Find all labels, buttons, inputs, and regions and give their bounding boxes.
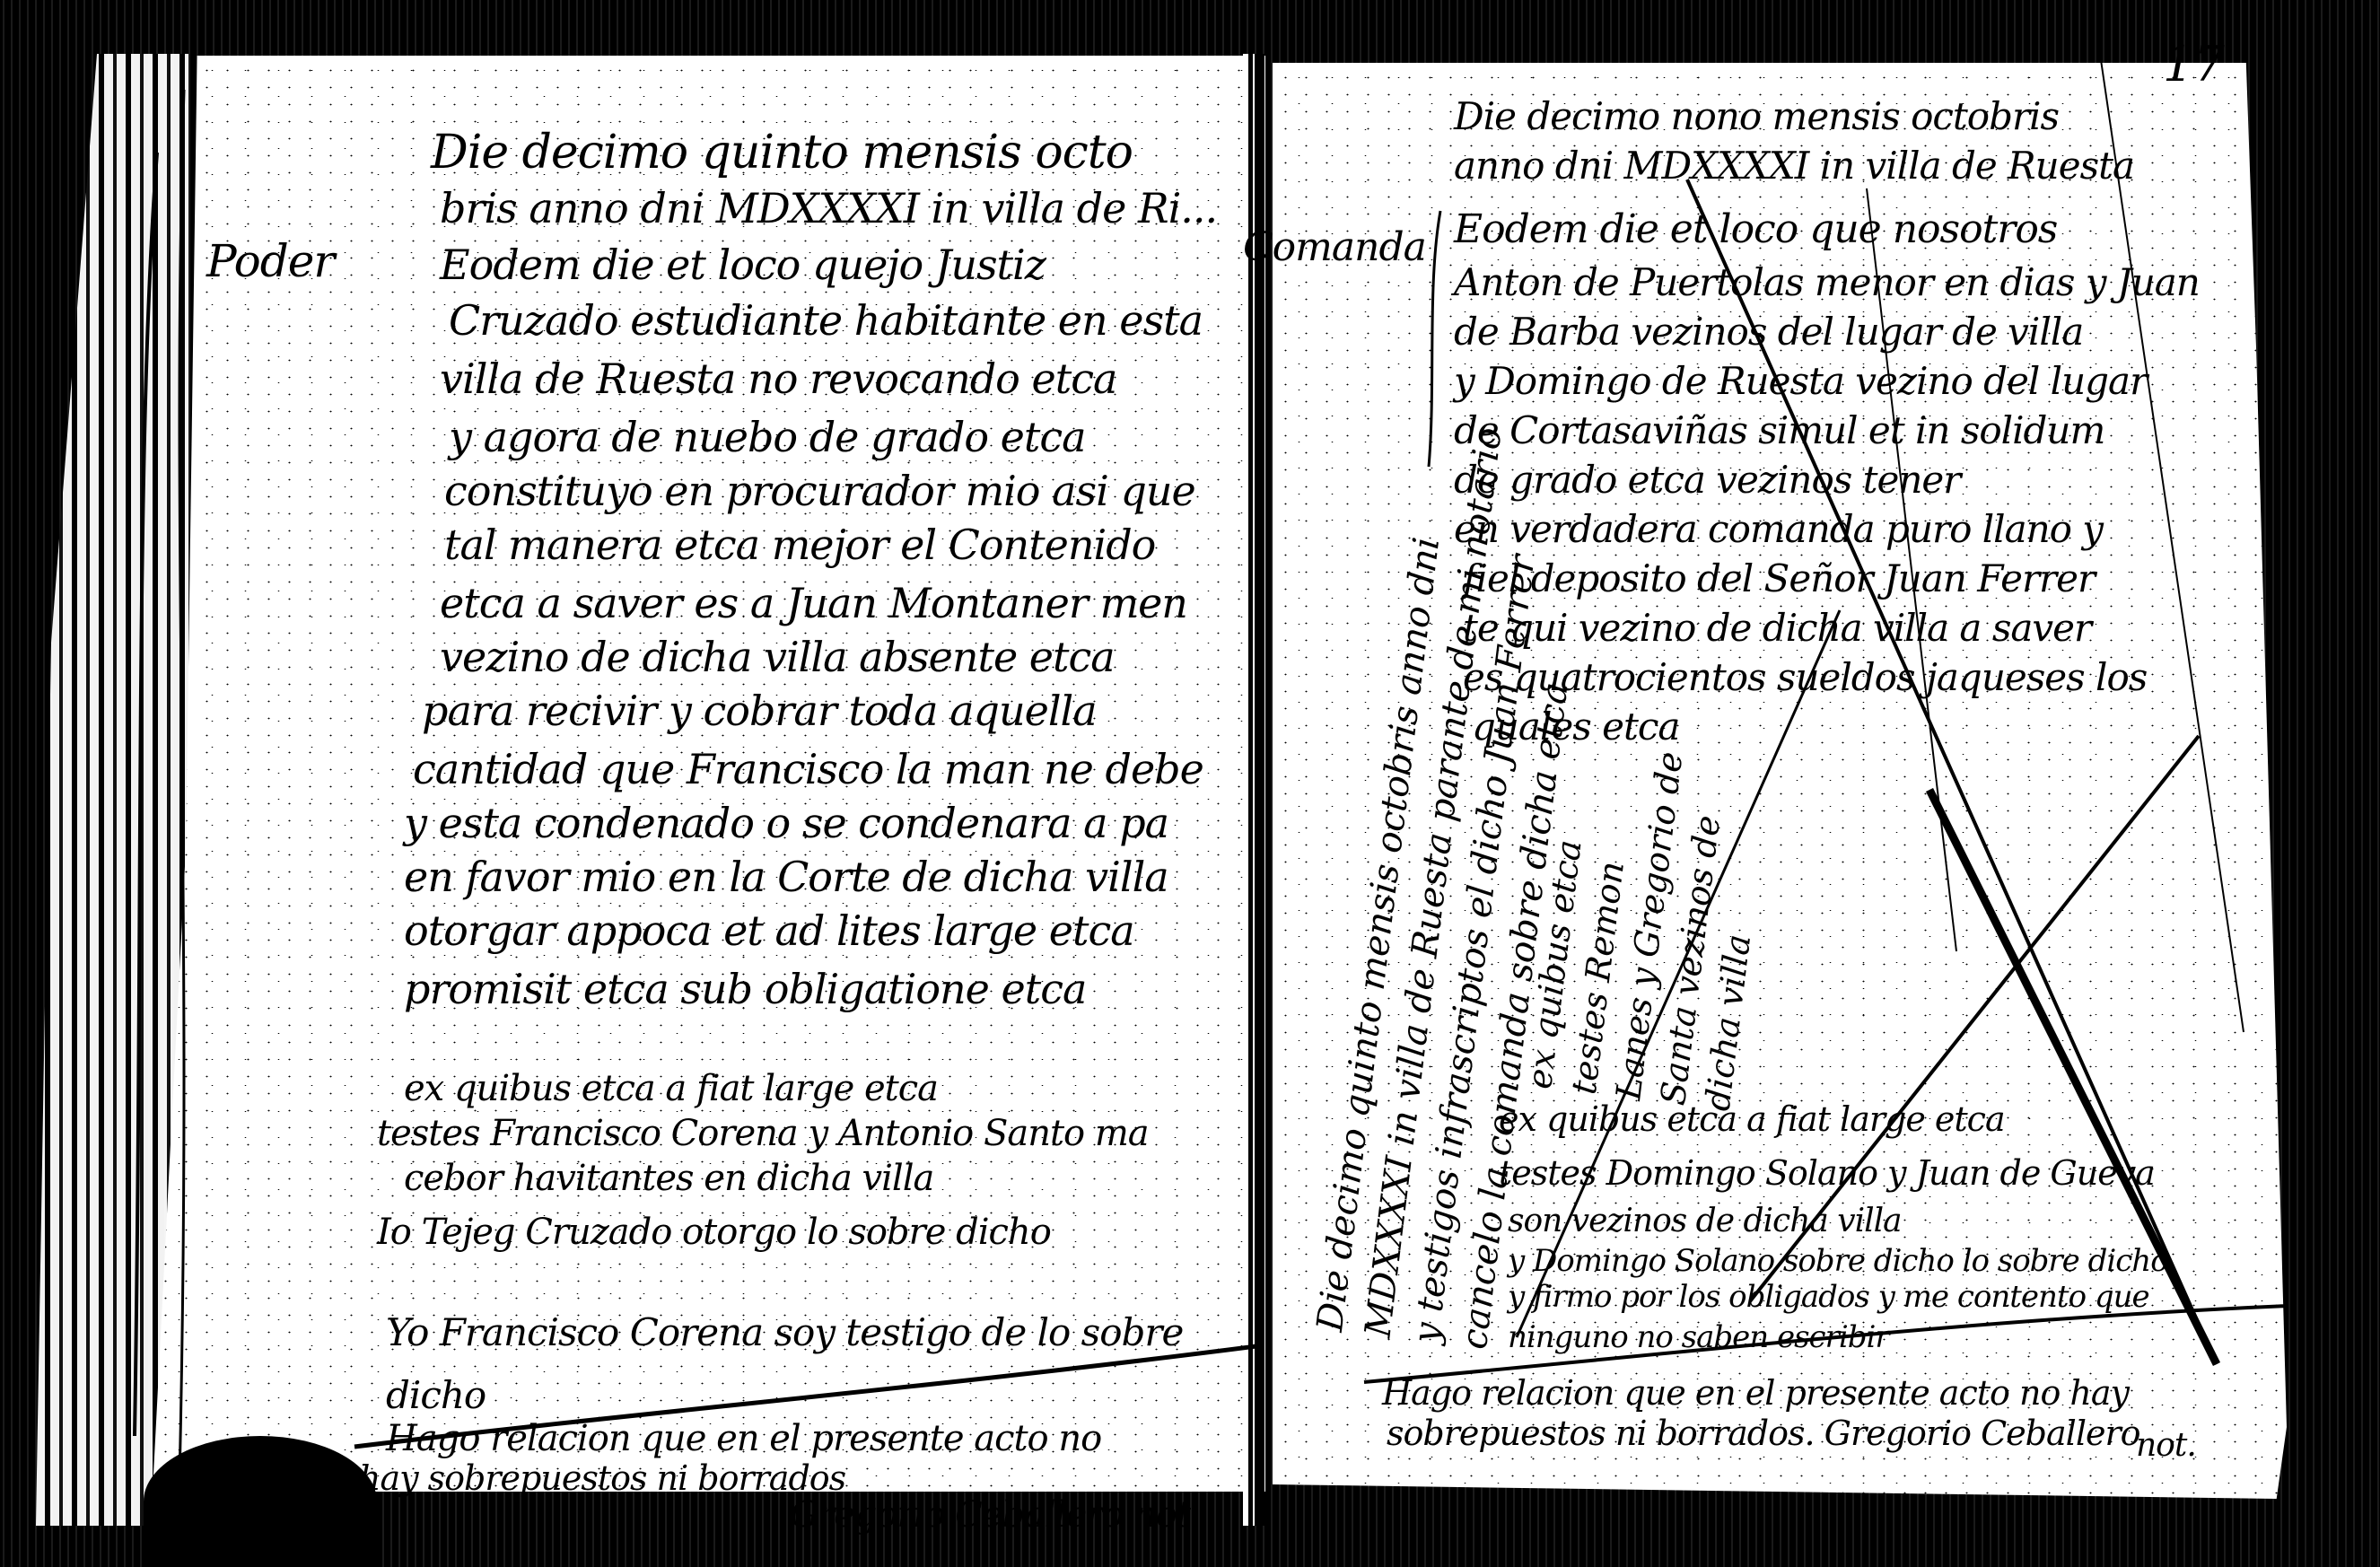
ink-blot-dark-corner bbox=[144, 1436, 377, 1567]
closing-rule-line bbox=[1364, 1306, 2288, 1382]
cancellation-stroke bbox=[1929, 790, 2217, 1364]
closing-rule-line bbox=[354, 1346, 1256, 1447]
pen-strokes bbox=[0, 0, 2380, 1567]
cancellation-stroke bbox=[1517, 610, 1840, 1337]
